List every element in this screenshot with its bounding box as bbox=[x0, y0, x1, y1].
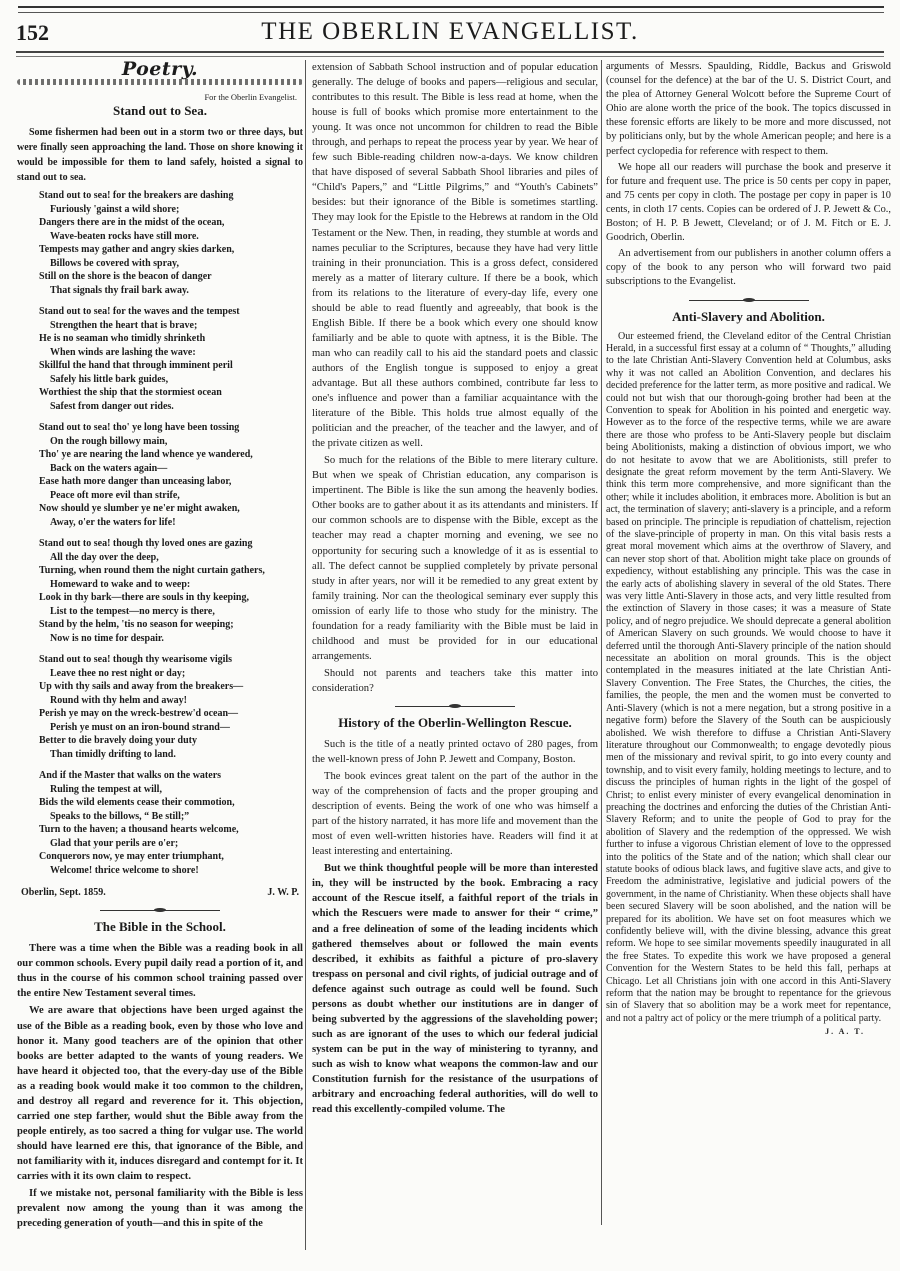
poem-line: Away, o'er the waters for life! bbox=[39, 516, 303, 530]
header-rule bbox=[16, 51, 884, 57]
article-paragraph: If we mistake not, personal familiarity … bbox=[17, 1186, 303, 1231]
poem-line: Up with thy sails and away from the brea… bbox=[39, 680, 303, 694]
column-separator bbox=[601, 60, 602, 1225]
article-paragraph: The book evinces great talent on the par… bbox=[312, 769, 598, 859]
poem-line: Round with thy helm and away! bbox=[39, 694, 303, 708]
poem-line: Look in thy bark—there are souls in thy … bbox=[39, 591, 303, 605]
poem-place-date: Oberlin, Sept. 1859. bbox=[21, 885, 106, 900]
masthead: THE OBERLIN EVANGELLIST. bbox=[0, 18, 900, 46]
poem-line: Stand out to sea! though thy loved ones … bbox=[39, 537, 303, 551]
poem-stanza: Stand out to sea! tho' ye long have been… bbox=[39, 421, 303, 529]
article-divider bbox=[689, 300, 809, 301]
article-paragraph: There was a time when the Bible was a re… bbox=[17, 941, 303, 1001]
article-paragraph: extension of Sabbath School instruction … bbox=[312, 60, 598, 451]
poem-line: Furiously 'gainst a wild shore; bbox=[39, 203, 303, 217]
right-column: arguments of Messrs. Spaulding, Riddle, … bbox=[606, 60, 891, 1039]
poem-line: Stand out to sea! for the waves and the … bbox=[39, 305, 303, 319]
poem-line: Turning, when round them the night curta… bbox=[39, 564, 303, 578]
article-paragraph: Such is the title of a neatly printed oc… bbox=[312, 737, 598, 767]
poem-line: Glad that your perils are o'er; bbox=[39, 837, 303, 851]
newspaper-page: 152 THE OBERLIN EVANGELLIST. Poetry. For… bbox=[0, 0, 900, 1271]
poem-line: Better to die bravely doing your duty bbox=[39, 734, 303, 748]
article-signature: J. A. T. bbox=[606, 1025, 865, 1039]
poem-line: Now should ye slumber ye ne'er might awa… bbox=[39, 502, 303, 516]
middle-column: extension of Sabbath School instruction … bbox=[312, 60, 598, 1117]
poem-line: Bids the wild elements cease their commo… bbox=[39, 796, 303, 810]
article-paragraph: An advertisement from our publishers in … bbox=[606, 247, 891, 289]
article-paragraph: Should not parents and teachers take thi… bbox=[312, 666, 598, 696]
poem-line: And if the Master that walks on the wate… bbox=[39, 769, 303, 783]
poem-line: Turn to the haven; a thousand hearts wel… bbox=[39, 823, 303, 837]
poem-line: Perish ye must on an iron-bound strand— bbox=[39, 721, 303, 735]
column-separator bbox=[305, 60, 306, 1250]
poem-line: Than timidly drifting to land. bbox=[39, 748, 303, 762]
poem-line: Homeward to wake and to weep: bbox=[39, 578, 303, 592]
poem-stanza: Stand out to sea! though thy wearisome v… bbox=[39, 653, 303, 761]
poem-signoff: Oberlin, Sept. 1859. J. W. P. bbox=[21, 885, 299, 900]
poem-stanza: Stand out to sea! for the breakers are d… bbox=[39, 189, 303, 297]
wavy-rule bbox=[17, 79, 303, 85]
poem-intro: Some fishermen had been out in a storm t… bbox=[17, 125, 303, 185]
poem-credit: For the Oberlin Evangelist. bbox=[17, 91, 297, 103]
article-paragraph: arguments of Messrs. Spaulding, Riddle, … bbox=[606, 60, 891, 159]
poem-line: Stand out to sea! though thy wearisome v… bbox=[39, 653, 303, 667]
poem-stanza: Stand out to sea! for the waves and the … bbox=[39, 305, 303, 413]
poem-line: Perish ye may on the wreck-bestrew'd oce… bbox=[39, 707, 303, 721]
poem-line: Safely his little bark guides, bbox=[39, 373, 303, 387]
poem-line: Tho' ye are nearing the land whence ye w… bbox=[39, 448, 303, 462]
poem-line: Wave-beaten rocks have still more. bbox=[39, 230, 303, 244]
poem-author: J. W. P. bbox=[267, 885, 299, 900]
poem-line: Ruling the tempest at will, bbox=[39, 783, 303, 797]
article-divider bbox=[100, 910, 220, 911]
poem-stanza: And if the Master that walks on the wate… bbox=[39, 769, 303, 877]
poem-line: Leave thee no rest night or day; bbox=[39, 667, 303, 681]
left-column: Poetry. For the Oberlin Evangelist. Stan… bbox=[17, 60, 303, 1231]
poetry-section-title: Poetry. bbox=[17, 62, 303, 77]
poem-line: Conquerors now, ye may enter triumphant, bbox=[39, 850, 303, 864]
poem-line: Billows be covered with spray, bbox=[39, 257, 303, 271]
article-paragraph: Our esteemed friend, the Cleveland edito… bbox=[606, 331, 891, 1026]
abolition-article-title: Anti-Slavery and Abolition. bbox=[606, 309, 891, 325]
poem-line: Now is no time for despair. bbox=[39, 632, 303, 646]
poem-body: Stand out to sea! for the breakers are d… bbox=[39, 189, 303, 877]
rescue-article-title: History of the Oberlin-Wellington Rescue… bbox=[312, 715, 598, 731]
article-paragraph: So much for the relations of the Bible t… bbox=[312, 453, 598, 664]
article-paragraph: But we think thoughtful people will be m… bbox=[312, 861, 598, 1117]
poem-line: Dangers there are in the midst of the oc… bbox=[39, 216, 303, 230]
poem-stanza: Stand out to sea! though thy loved ones … bbox=[39, 537, 303, 645]
poem-title: Stand out to Sea. bbox=[17, 103, 303, 119]
poem-line: Back on the waters again— bbox=[39, 462, 303, 476]
article-divider bbox=[395, 706, 515, 707]
poem-line: Strengthen the heart that is brave; bbox=[39, 319, 303, 333]
poem-line: He is no seaman who timidly shrinketh bbox=[39, 332, 303, 346]
article-paragraph: We are aware that objections have been u… bbox=[17, 1003, 303, 1184]
poem-line: List to the tempest—no mercy is there, bbox=[39, 605, 303, 619]
poem-line: On the rough billowy main, bbox=[39, 435, 303, 449]
poem-line: Speaks to the billows, “ Be still;” bbox=[39, 810, 303, 824]
poem-line: Still on the shore is the beacon of dang… bbox=[39, 270, 303, 284]
poem-line: Stand out to sea! for the breakers are d… bbox=[39, 189, 303, 203]
poem-line: Peace oft more evil than strife, bbox=[39, 489, 303, 503]
bible-article-title: The Bible in the School. bbox=[17, 919, 303, 935]
poem-line: That signals thy frail bark away. bbox=[39, 284, 303, 298]
top-rule bbox=[18, 6, 884, 13]
poem-line: Ease hath more danger than unceasing lab… bbox=[39, 475, 303, 489]
poem-line: Safest from danger out rides. bbox=[39, 400, 303, 414]
poem-line: Stand out to sea! tho' ye long have been… bbox=[39, 421, 303, 435]
poem-line: Welcome! thrice welcome to shore! bbox=[39, 864, 303, 878]
poem-line: Skillful the hand that through imminent … bbox=[39, 359, 303, 373]
poem-line: When winds are lashing the wave: bbox=[39, 346, 303, 360]
poem-line: All the day over the deep, bbox=[39, 551, 303, 565]
poem-line: Worthiest the ship that the stormiest oc… bbox=[39, 386, 303, 400]
poem-line: Tempests may gather and angry skies dark… bbox=[39, 243, 303, 257]
poem-line: Stand by the helm, 'tis no season for we… bbox=[39, 618, 303, 632]
article-paragraph: We hope all our readers will purchase th… bbox=[606, 161, 891, 246]
